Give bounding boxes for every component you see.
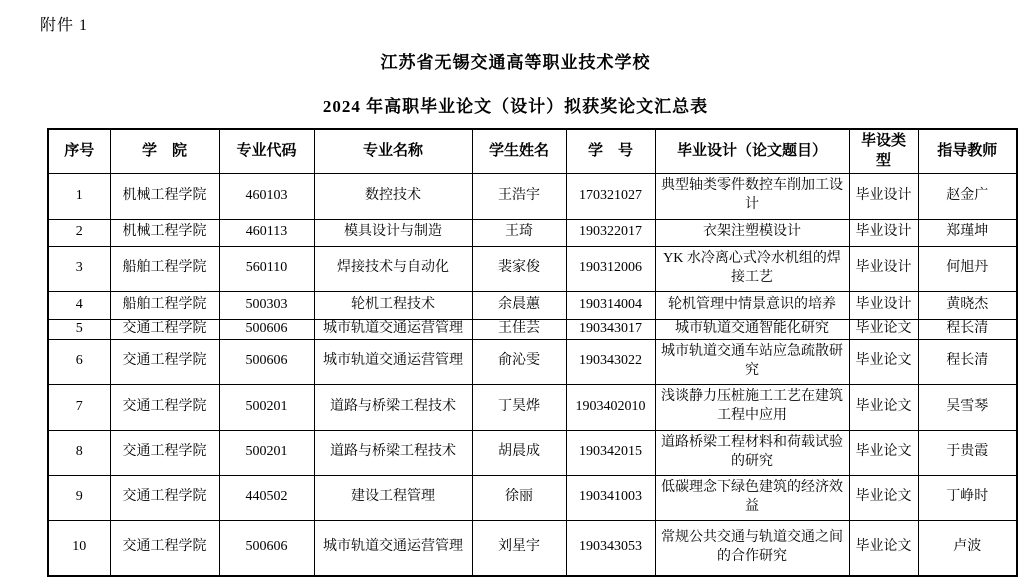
table-cell: 交通工程学院 <box>110 430 219 475</box>
table-cell: 常规公共交通与轨道交通之间的合作研究 <box>655 520 849 576</box>
table-cell: YK 水冷离心式冷水机组的焊接工艺 <box>655 246 849 291</box>
table-cell: 船舶工程学院 <box>110 246 219 291</box>
table-cell: 560110 <box>219 246 314 291</box>
table-cell: 于贵霞 <box>918 430 1017 475</box>
table-cell: 胡晨成 <box>472 430 566 475</box>
column-header-label: 指导教师 <box>937 143 997 159</box>
table-cell: 典型轴类零件数控车削加工设计 <box>655 173 849 219</box>
table-cell: 城市轨道交通智能化研究 <box>655 319 849 339</box>
column-header-label: 学 院 <box>142 143 187 159</box>
table-row: 1机械工程学院460103数控技术王浩宇170321027典型轴类零件数控车削加… <box>48 173 1017 219</box>
document-subtitle: 2024 年高职毕业论文（设计）拟获奖论文汇总表 <box>0 92 1031 117</box>
column-header: 专业代码 <box>219 129 314 173</box>
table-cell: 毕业设计 <box>849 246 918 291</box>
table-cell: 王琦 <box>472 219 566 246</box>
table-cell: 程长清 <box>918 339 1017 384</box>
table-cell: 毕业论文 <box>849 319 918 339</box>
table-cell: 500201 <box>219 384 314 430</box>
column-header: 指导教师 <box>918 129 1017 173</box>
column-header: 学生姓名 <box>472 129 566 173</box>
column-header: 专业名称 <box>314 129 472 173</box>
table-cell: 9 <box>48 475 110 520</box>
document-page: 附件 1 江苏省无锡交通高等职业技术学校 2024 年高职毕业论文（设计）拟获奖… <box>0 0 1031 577</box>
column-header: 毕业设计（论文题目） <box>655 129 849 173</box>
table-cell: 丁峥时 <box>918 475 1017 520</box>
table-cell: 何旭丹 <box>918 246 1017 291</box>
table-cell: 卢波 <box>918 520 1017 576</box>
table-cell: 数控技术 <box>314 173 472 219</box>
table-cell: 毕业论文 <box>849 475 918 520</box>
table-cell: 8 <box>48 430 110 475</box>
table-header: 序号学 院专业代码专业名称学生姓名学 号毕业设计（论文题目）毕设类型指导教师 <box>48 129 1017 173</box>
table-cell: 船舶工程学院 <box>110 291 219 319</box>
table-cell: 1 <box>48 173 110 219</box>
table-cell: 7 <box>48 384 110 430</box>
attachment-label: 附件 1 <box>40 12 88 35</box>
table-row: 9交通工程学院440502建设工程管理徐丽190341003低碳理念下绿色建筑的… <box>48 475 1017 520</box>
table-cell: 190341003 <box>566 475 655 520</box>
table-cell: 衣架注塑模设计 <box>655 219 849 246</box>
header-row: 序号学 院专业代码专业名称学生姓名学 号毕业设计（论文题目）毕设类型指导教师 <box>48 129 1017 173</box>
column-header-label: 毕业设计（论文题目） <box>677 143 827 159</box>
table-row: 7交通工程学院500201道路与桥梁工程技术丁昊烨1903402010浅谈静力压… <box>48 384 1017 430</box>
table-cell: 190322017 <box>566 219 655 246</box>
table-cell: 毕业论文 <box>849 520 918 576</box>
table-cell: 丁昊烨 <box>472 384 566 430</box>
table-body: 1机械工程学院460103数控技术王浩宇170321027典型轴类零件数控车削加… <box>48 173 1017 576</box>
table-cell: 500606 <box>219 319 314 339</box>
table-cell: 190314004 <box>566 291 655 319</box>
table-cell: 黄晓杰 <box>918 291 1017 319</box>
table-cell: 毕业论文 <box>849 384 918 430</box>
table-cell: 190343017 <box>566 319 655 339</box>
column-header-label: 毕设类型 <box>860 131 908 172</box>
table-cell: 2 <box>48 219 110 246</box>
table-cell: 1903402010 <box>566 384 655 430</box>
table-cell: 毕业设计 <box>849 291 918 319</box>
column-header: 毕设类型 <box>849 129 918 173</box>
table-cell: 模具设计与制造 <box>314 219 472 246</box>
table-cell: 交通工程学院 <box>110 319 219 339</box>
table-row: 2机械工程学院460113模具设计与制造王琦190322017衣架注塑模设计毕业… <box>48 219 1017 246</box>
table-cell: 460113 <box>219 219 314 246</box>
table-cell: 王佳芸 <box>472 319 566 339</box>
table-cell: 轮机工程技术 <box>314 291 472 319</box>
table-row: 4船舶工程学院500303轮机工程技术余晨蕙190314004轮机管理中情景意识… <box>48 291 1017 319</box>
table-cell: 轮机管理中情景意识的培养 <box>655 291 849 319</box>
document-title: 江苏省无锡交通高等职业技术学校 <box>0 48 1031 73</box>
table-cell: 4 <box>48 291 110 319</box>
table-cell: 190343022 <box>566 339 655 384</box>
table-cell: 道路桥梁工程材料和荷载试验的研究 <box>655 430 849 475</box>
table-cell: 程长清 <box>918 319 1017 339</box>
table-cell: 机械工程学院 <box>110 219 219 246</box>
table-cell: 王浩宇 <box>472 173 566 219</box>
table-cell: 500201 <box>219 430 314 475</box>
table-cell: 赵金广 <box>918 173 1017 219</box>
table-cell: 5 <box>48 319 110 339</box>
table-cell: 500606 <box>219 520 314 576</box>
table-cell: 余晨蕙 <box>472 291 566 319</box>
table-cell: 10 <box>48 520 110 576</box>
table-cell: 低碳理念下绿色建筑的经济效益 <box>655 475 849 520</box>
table-cell: 裴家俊 <box>472 246 566 291</box>
column-header: 学 号 <box>566 129 655 173</box>
table-cell: 焊接技术与自动化 <box>314 246 472 291</box>
thesis-summary-table: 序号学 院专业代码专业名称学生姓名学 号毕业设计（论文题目）毕设类型指导教师 1… <box>47 128 1018 577</box>
column-header-label: 学 号 <box>588 143 633 159</box>
table-cell: 500606 <box>219 339 314 384</box>
table-cell: 6 <box>48 339 110 384</box>
table-cell: 190312006 <box>566 246 655 291</box>
table-cell: 440502 <box>219 475 314 520</box>
table-cell: 170321027 <box>566 173 655 219</box>
table-cell: 交通工程学院 <box>110 475 219 520</box>
table-cell: 190342015 <box>566 430 655 475</box>
table-cell: 建设工程管理 <box>314 475 472 520</box>
table-cell: 俞沁雯 <box>472 339 566 384</box>
column-header-label: 专业代码 <box>236 143 296 159</box>
column-header-label: 学生姓名 <box>489 143 549 159</box>
table-row: 3船舶工程学院560110焊接技术与自动化裴家俊190312006YK 水冷离心… <box>48 246 1017 291</box>
table-cell: 浅谈静力压桩施工工艺在建筑工程中应用 <box>655 384 849 430</box>
column-header-label: 序号 <box>64 143 94 159</box>
table-cell: 徐丽 <box>472 475 566 520</box>
table-cell: 城市轨道交通运营管理 <box>314 520 472 576</box>
table-cell: 毕业论文 <box>849 430 918 475</box>
table-cell: 毕业论文 <box>849 339 918 384</box>
table-cell: 道路与桥梁工程技术 <box>314 384 472 430</box>
table-cell: 交通工程学院 <box>110 384 219 430</box>
table-cell: 毕业设计 <box>849 173 918 219</box>
table-cell: 毕业设计 <box>849 219 918 246</box>
table-row: 8交通工程学院500201道路与桥梁工程技术胡晨成190342015道路桥梁工程… <box>48 430 1017 475</box>
table-cell: 3 <box>48 246 110 291</box>
table-cell: 机械工程学院 <box>110 173 219 219</box>
table-cell: 城市轨道交通运营管理 <box>314 339 472 384</box>
table-cell: 交通工程学院 <box>110 520 219 576</box>
table-cell: 郑瑾坤 <box>918 219 1017 246</box>
table-cell: 190343053 <box>566 520 655 576</box>
table-cell: 城市轨道交通车站应急疏散研究 <box>655 339 849 384</box>
column-header-label: 专业名称 <box>363 143 423 159</box>
table-cell: 460103 <box>219 173 314 219</box>
column-header: 序号 <box>48 129 110 173</box>
table-cell: 道路与桥梁工程技术 <box>314 430 472 475</box>
table-cell: 500303 <box>219 291 314 319</box>
table-cell: 交通工程学院 <box>110 339 219 384</box>
table-cell: 刘星宇 <box>472 520 566 576</box>
table-row: 10交通工程学院500606城市轨道交通运营管理刘星宇190343053常规公共… <box>48 520 1017 576</box>
column-header: 学 院 <box>110 129 219 173</box>
table-cell: 城市轨道交通运营管理 <box>314 319 472 339</box>
table-cell: 吴雪琴 <box>918 384 1017 430</box>
table-row: 6交通工程学院500606城市轨道交通运营管理俞沁雯190343022城市轨道交… <box>48 339 1017 384</box>
table-row: 5交通工程学院500606城市轨道交通运营管理王佳芸190343017城市轨道交… <box>48 319 1017 339</box>
